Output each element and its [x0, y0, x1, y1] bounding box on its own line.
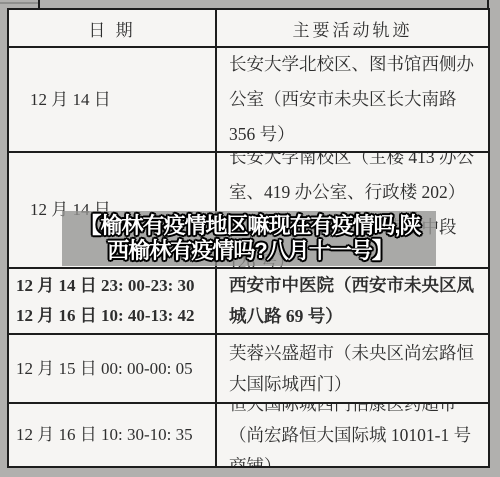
subtitle-line: 【榆林有疫情地区嘛现在有疫情吗,陕	[0, 213, 500, 238]
date-line: 12 月 16 日 10: 30-10: 35	[16, 420, 215, 450]
activity-text: 恒大国际城西门怡康医药超市（尚宏路恒大国际城 10101-1 号商铺）	[229, 402, 478, 466]
activity-cell: 西安市中医院（西安市未央区凤城八路 69 号）	[215, 267, 488, 333]
date-line: 12 月 15 日 00: 00-00: 05	[16, 354, 215, 384]
date-cell: 12 月 14 日 23: 00-23: 30 12 月 16 日 10: 40…	[9, 267, 215, 333]
activity-cell: 恒大国际城西门怡康医药超市（尚宏路恒大国际城 10101-1 号商铺）	[215, 402, 488, 466]
date-cell: 12 月 14 日	[9, 46, 215, 151]
activity-text: 芙蓉兴盛超市（未央区尚宏路恒大国际城西门）	[229, 338, 478, 400]
header-date: 日 期	[9, 10, 215, 46]
date-line: 12 月 16 日 10: 40-13: 42	[16, 301, 215, 331]
date-cell: 12 月 16 日 10: 30-10: 35	[9, 402, 215, 466]
header-activity: 主要活动轨迹	[215, 10, 488, 46]
date-line: 12 月 14 日 23: 00-23: 30	[16, 271, 215, 301]
activity-cell: 长安大学北校区、图书馆西侧办公室（西安市未央区长大南路 356 号）	[215, 46, 488, 151]
subtitle-overlay: 【榆林有疫情地区嘛现在有疫情吗,陕 西榆林有疫情吗?八月十一号】	[0, 213, 500, 263]
cropped-table-remnant-line	[0, 2, 39, 4]
activity-text: 西安市中医院（西安市未央区凤城八路 69 号）	[229, 270, 478, 332]
date-cell: 12 月 15 日 00: 00-00: 05	[9, 333, 215, 402]
screenshot-root: 日 期 主要活动轨迹 12 月 14 日 长安大学北校区、图书馆西侧办公室（西安…	[0, 0, 500, 477]
date-line: 12 月 14 日	[30, 85, 215, 115]
activity-text: 长安大学北校区、图书馆西侧办公室（西安市未央区长大南路 356 号）	[229, 47, 478, 151]
subtitle-line: 西榆林有疫情吗?八月十一号】	[0, 238, 500, 263]
activity-cell: 芙蓉兴盛超市（未央区尚宏路恒大国际城西门）	[215, 333, 488, 402]
